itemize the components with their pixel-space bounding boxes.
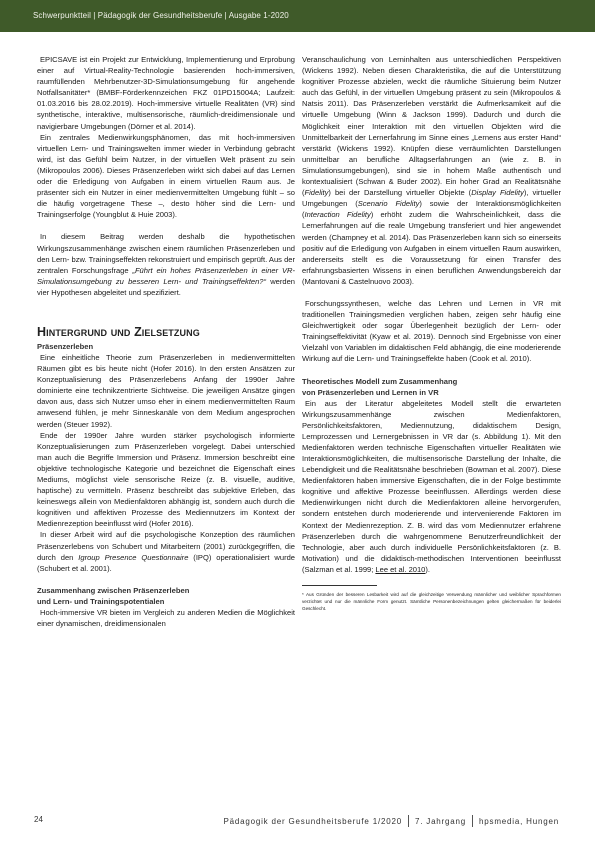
running-head: Schwerpunktteil | Pädagogik der Gesundhe… (33, 11, 289, 20)
ipq-name: Igroup Presence Questionnaire (78, 553, 188, 562)
page-number: 24 (34, 815, 43, 824)
paragraph-ipq: In dieser Arbeit wird auf die psychologi… (37, 529, 295, 573)
footer-publication-info: Pädagogik der Gesundheitsberufe 1/20207.… (223, 815, 559, 827)
paragraph-research-question: In diesem Beitrag werden deshalb die hyp… (37, 231, 295, 298)
paragraph-research-syntheses: Forschungssynthesen, welche das Lehren u… (302, 298, 561, 365)
running-header-bar: Schwerpunktteil | Pädagogik der Gesundhe… (0, 0, 595, 32)
subsection-title-theoretical-model: Theoretisches Modell zum Zusammenhangvon… (302, 376, 561, 398)
journal-issue: Pädagogik der Gesundheitsberufe 1/2020 (223, 817, 402, 826)
footer-separator (472, 815, 473, 827)
footnote-gender: * Aus Gründen der besseren Lesbarkeit wi… (302, 591, 561, 613)
paragraph-vr-benefits: Hoch-immersive VR bieten im Vergleich zu… (37, 607, 295, 629)
publisher: hpsmedia, Hungen (479, 817, 559, 826)
right-column: Veranschaulichung von Lerninhalten aus u… (302, 54, 561, 613)
paragraph-fidelity: Veranschaulichung von Lerninhalten aus u… (302, 54, 561, 287)
left-column: EPICSAVE ist ein Projekt zur Entwicklung… (37, 54, 295, 629)
subsection-title-learning-potential: Zusammenhang zwischen Präsenzerlebenund … (37, 585, 295, 607)
subsection-title-presence: Präsenzerleben (37, 341, 295, 352)
paragraph-epicsave-intro: EPICSAVE ist ein Projekt zur Entwicklung… (37, 54, 295, 132)
footer-separator (408, 815, 409, 827)
paragraph-presence-phenomenon: Ein zentrales Medienwirkungsphänomen, da… (37, 132, 295, 221)
journal-volume: 7. Jahrgang (415, 817, 466, 826)
paragraph-presence-theory: Eine einheitliche Theorie zum Präsenzerl… (37, 352, 295, 430)
section-title-background: Hintergrund und Zielsetzung (37, 325, 295, 339)
footnote-divider (302, 585, 377, 586)
paragraph-immersion-presence: Ende der 1990er Jahre wurden stärker psy… (37, 430, 295, 530)
citation-link-lee[interactable]: Lee et al. 2010 (375, 565, 425, 574)
paragraph-model: Ein aus der Literatur abgeleitetes Model… (302, 398, 561, 576)
